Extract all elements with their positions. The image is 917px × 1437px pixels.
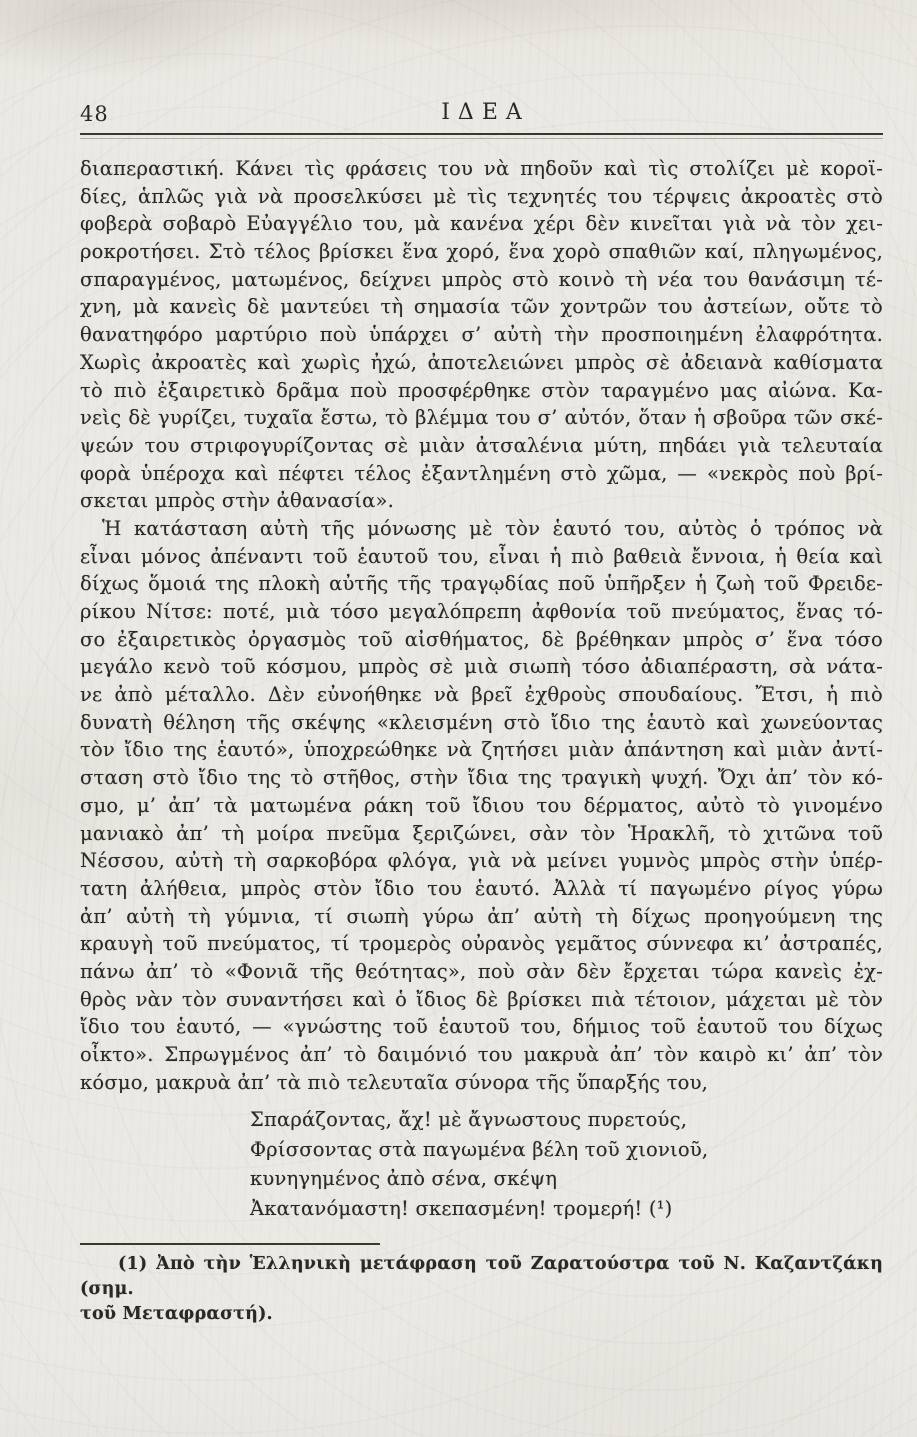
paragraph-nietzsche-solitude: Ἡ κατάσταση αὐτὴ τῆς μόνωσης μὲ τὸν ἑαυτ… [80,515,883,1096]
text-line: ρίκου Νίτσε: ποτέ, μιὰ τόσο μεγαλόπρεπη … [80,598,883,626]
text-line: οἶκτο». Σπρωγμένος ἀπ’ τὸ δαιμόνιό του μ… [80,1041,883,1069]
text-line: σκεται μπρὸς στὴν ἀθανασία». [80,487,883,515]
text-line: μεγάλο κενὸ τοῦ κόσμου, μπρὸς σὲ μιὰ σιω… [80,653,883,681]
text-line: δίχως ὅμοιά της πλοκὴ αὐτῆς τῆς τραγῳδία… [80,570,883,598]
poem-line: Σπαράζοντας, ἄχ! μὲ ἄγνωστους πυρετούς, [250,1105,883,1135]
page-body: διαπεραστική. Κάνει τὶς φράσεις του νὰ π… [80,155,883,1327]
text-line: Νέσσου, αὐτὴ τὴ σαρκοβόρα φλόγα, γιὰ νὰ … [80,847,883,875]
poem-line: Φρίσσοντας στὰ παγωμένα βέλη τοῦ χιονιοῦ… [250,1135,883,1165]
page-number: 48 [80,102,109,126]
text-line: εἶναι μόνος ἀπέναντι τοῦ ἑαυτοῦ του, εἶν… [80,543,883,571]
text-line: δυνατὴ θέληση τῆς σκέψης «κλεισμένη στὸ … [80,709,883,737]
text-line: δίες, ἁπλῶς γιὰ νὰ προσελκύσει μὲ τὶς τε… [80,183,883,211]
text-line: ροκροτήσει. Στὸ τέλος βρίσκει ἕνα χορό, … [80,238,883,266]
text-line: μανιακὸ ἀπ’ τὴ μοίρα πνεῦμα ξεριζώνει, σ… [80,820,883,848]
text-line: φορὰ ὑπέροχα καὶ πέφτει τέλος ἐξαντλημέν… [80,460,883,488]
text-line: ψεών του στριφογυρίζοντας σὲ μιὰν ἀτσαλέ… [80,432,883,460]
footnote-rule [80,1243,380,1245]
poem-line: κυνηγημένος ἀπὸ σένα, σκέψη [250,1164,883,1194]
text-line: ἴδιο του ἑαυτό, — «γνώστης τοῦ ἑαυτοῦ το… [80,1013,883,1041]
poem-quotation: Σπαράζοντας, ἄχ! μὲ ἄγνωστους πυρετούς,Φ… [250,1105,883,1223]
text-line: σμο, μ’ ἀπ’ τὰ ματωμένα ράκη τοῦ ἴδιου τ… [80,792,883,820]
footnote-line: τοῦ Μεταφραστή). [80,1302,883,1327]
text-line: τὸν ἴδιο της ἑαυτό», ὑποχρεώθηκε νὰ ζητή… [80,736,883,764]
text-line: θανατηφόρο μαρτύριο ποὺ ὑπάρχει σ’ αὐτὴ … [80,321,883,349]
text-line: κόσμο, μακρυὰ ἀπ’ τὰ πιὸ τελευταῖα σύνορ… [80,1069,883,1097]
poem-line: Ἀκατανόμαστη! σκεπασμένη! τρομερή! (¹) [250,1194,883,1224]
text-line: διαπεραστική. Κάνει τὶς φράσεις του νὰ π… [80,155,883,183]
page-header: 48 ΙΔΕΑ [80,0,883,132]
text-line: πάνω ἀπ’ τὸ «Φονιᾶ τῆς θεότητας», ποὺ σὰ… [80,958,883,986]
text-line: σταση στὸ ἴδιο της τὸ στῆθος, στὴν ἴδια … [80,764,883,792]
text-line: τὸ πιὸ ἐξαιρετικὸ δρᾶμα ποὺ προσφέρθηκε … [80,377,883,405]
text-line: Χωρὶς ἀκροατὲς καὶ χωρὶς ἠχώ, ἀποτελειών… [80,349,883,377]
text-line: τατη ἀλήθεια, μπρὸς στὸν ἴδιο του ἑαυτό.… [80,875,883,903]
text-line: θρὸς νὰν τὸν συναντήσει καὶ ὁ ἴδιος δὲ β… [80,986,883,1014]
footnote: (1) Ἀπὸ τὴν Ἑλληνικὴ μετάφραση τοῦ Ζαρατ… [80,1252,883,1327]
text-line: φοβερὰ σοβαρὸ Εὐαγγέλιο του, μὰ κανένα χ… [80,210,883,238]
text-line: σο ἐξαιρετικὸς ὀργασμὸς τοῦ αἰσθήματος, … [80,626,883,654]
text-line: σπαραγμένος, ματωμένος, δείχνει μπρὸς στ… [80,266,883,294]
text-line: χνη, μὰ κανεὶς δὲ μαντεύει τὴ σημασία τῶ… [80,293,883,321]
journal-title: ΙΔΕΑ [433,100,530,125]
scanned-book-page: 48 ΙΔΕΑ διαπεραστική. Κάνει τὶς φράσεις … [0,0,917,1437]
text-line: κραυγὴ τοῦ πνεύματος, τί τρομερὸς οὐρανὸ… [80,930,883,958]
text-line: Ἡ κατάσταση αὐτὴ τῆς μόνωσης μὲ τὸν ἑαυτ… [80,515,883,543]
page-content: 48 ΙΔΕΑ διαπεραστική. Κάνει τὶς φράσεις … [0,0,917,1327]
text-line: νεὶς δὲ γυρίζει, τυχαῖα ἔστω, τὸ βλέμμα … [80,404,883,432]
text-line: νε ἀπὸ μέταλλο. Δὲν εὐνοήθηκε νὰ βρεῖ ἐχ… [80,681,883,709]
header-rule [80,133,883,135]
footnote-line: (1) Ἀπὸ τὴν Ἑλληνικὴ μετάφραση τοῦ Ζαρατ… [80,1252,883,1302]
text-line: ἀπ’ αὐτὴ τὴ γύμνια, τί σιωπὴ γύρω ἀπ’ αὐ… [80,903,883,931]
paragraph-continuation: διαπεραστική. Κάνει τὶς φράσεις του νὰ π… [80,155,883,515]
